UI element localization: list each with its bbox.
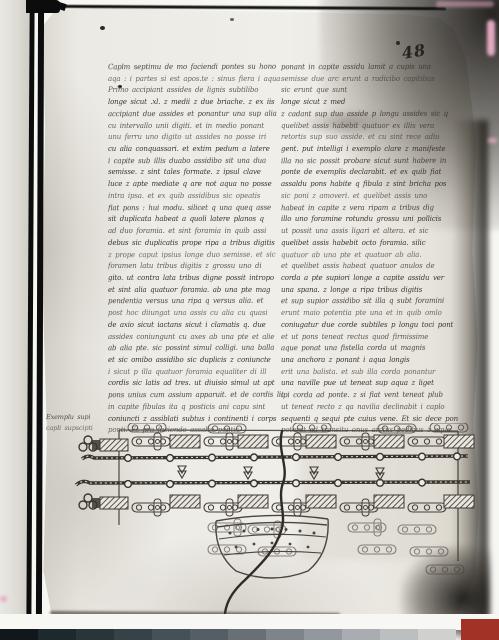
gray-step	[418, 629, 456, 640]
pink-mark	[488, 138, 497, 143]
manuscript-line: gito. ut contra lata tribus digne possit…	[108, 273, 284, 285]
manuscript-line: et ut pons teneat rectus quod firmissime	[281, 332, 471, 344]
manuscript-line: ponant in capite assidu lamit a cupis un…	[281, 62, 471, 74]
manuscript-line: ab alia pte. sic possint simul colligi. …	[108, 343, 284, 355]
gray-step	[228, 629, 266, 640]
manuscript-line: ipi corda ad ponte. z si fiat vent tenea…	[281, 390, 471, 402]
manuscript-line: ad duo foramia. et sint foramia in quib …	[108, 226, 284, 238]
manuscript-line: assides coniungunt cu axes ab una pte et…	[108, 332, 284, 344]
manuscript-line: foramen latu tribus digitis z grossu uno…	[108, 261, 284, 273]
manuscript-line: quelibet assis habebit octo foramia. sil…	[281, 238, 471, 250]
beam-row-1	[79, 433, 474, 451]
gray-step	[266, 629, 304, 640]
gray-step	[342, 629, 380, 640]
manuscript-line: z cadant sup duo asside p longu assides …	[281, 109, 471, 121]
gray-step	[0, 629, 38, 640]
manuscript-line: gent. put intelligi i exemplo clare z ma…	[281, 144, 471, 156]
gray-step	[380, 629, 418, 640]
manuscript-line: in capite fibulas ita q posticis ani cap…	[108, 402, 284, 414]
manuscript-line: una naville pue ut teneat sup aqua z lig…	[281, 378, 471, 390]
manuscript-line: aque ponat una fistella corda ut magnis	[281, 343, 471, 355]
ink-spot	[230, 18, 234, 21]
manuscript-line: quelibet assis habebit quatuor ex illis …	[281, 121, 471, 133]
manuscript-line: erit una balista. et sub illa corda pona…	[281, 367, 471, 379]
manuscript-line: ponte de exemplis declarabit. et ex quib…	[281, 167, 471, 179]
manuscript-line: semisse. z sint tales formate. z ipsul c…	[108, 167, 284, 179]
link-row-lower	[208, 519, 464, 574]
manuscript-line: z prope caput ipsius longe duo semisse. …	[108, 249, 284, 261]
photo-margin-strip	[0, 614, 499, 630]
manuscript-line: sic poni z amoveri. et quelibet assis un…	[281, 191, 471, 203]
folio-number: 48	[401, 42, 427, 62]
text-column-left: Caplm septimu de mo faciendi pontes su h…	[108, 62, 284, 437]
grayscale-calibration-strip	[0, 629, 456, 640]
gray-step	[38, 629, 76, 640]
manuscript-line: pendentia versus una ripa q versus alia.…	[108, 296, 284, 308]
manuscript-line: pons unius cum assium apparuit. et de co…	[108, 390, 284, 402]
manuscript-line: cordis sic latis ad tres. ut diuisio sim…	[108, 378, 284, 390]
gray-step	[190, 629, 228, 640]
manuscript-line: ut teneat recto z qa navilia declinabit …	[281, 402, 471, 414]
manuscript-line: i sicut p illa quatuor foramia equaliter…	[108, 367, 284, 379]
manuscript-line: et quelibet assis habeat quatuor anulos …	[281, 261, 471, 273]
manuscript-line: erunt maio potentia pte una et in quib o…	[281, 308, 471, 320]
manuscript-line: et sint alia quatuor foramia. ab una pte…	[108, 285, 284, 297]
manuscript-line: luce z apte mediate q are not aqua no po…	[108, 179, 284, 191]
binding-bar	[36, 0, 44, 620]
manuscript-line: i capite sub illis duabo assidibo sit un…	[108, 156, 284, 168]
manuscript-line: cu alia conquassari. et extim pedum a la…	[108, 144, 284, 156]
manuscript-line: et sup supior assidibo sit illa q subt f…	[281, 296, 471, 308]
manuscript-line: Caplm septimu de mo faciendi pontes su h…	[108, 62, 284, 74]
manuscript-line: coniugatur due corde subtiles p longu to…	[281, 320, 471, 332]
manuscript-line: illo uno foramine rotundu grossu uni pol…	[281, 214, 471, 226]
pink-mark	[487, 20, 495, 56]
manuscript-line: corda a pte supiori longe a capite assid…	[281, 273, 471, 285]
manuscript-line: assaldu pons habite q fibula z sint bric…	[281, 179, 471, 191]
facing-page-edge	[0, 0, 29, 640]
pink-mark	[0, 596, 7, 602]
pink-mark	[436, 1, 494, 7]
manuscript-line: post hoc diiungat una assis cu alia cu q…	[108, 308, 284, 320]
text-column-right: ponant in capite assidu lamit a cupis un…	[281, 62, 471, 437]
manuscript-line: habeat in capite z vera ripam a tribus d…	[281, 202, 471, 214]
manuscript-line: longe sicut z med	[281, 97, 471, 109]
manuscript-line: semisse due arc erunt a radicibo capitib…	[281, 74, 471, 86]
margin-note-line: Exemplu supi	[46, 412, 110, 423]
manuscript-line: Primo accipiant assides de lignis subtil…	[108, 85, 284, 97]
rope-1	[82, 453, 468, 475]
rope-2	[76, 471, 470, 487]
manuscript-photo: 48 Caplm septimu de mo faciendi pontes s…	[0, 0, 499, 640]
manuscript-line: sic erunt que sunt	[281, 85, 471, 97]
manuscript-line: retortis sup suo asside. et cu sint rece…	[281, 132, 471, 144]
beam-row-2	[79, 494, 474, 516]
manuscript-line: cu intervallo unii digiti. et in medio p…	[108, 121, 284, 133]
manuscript-line: una spana. z longe a ripa tribus digitis	[281, 285, 471, 297]
ink-spot	[396, 41, 400, 45]
manuscript-line: quatuor ab una pte et quatuor ab alia.	[281, 249, 471, 261]
ink-spot	[100, 26, 105, 30]
manuscript-line: debus sic duplicatis prope ripa a tribus…	[108, 238, 284, 250]
manuscript-line: longe sicut .xl. z medii z due briache. …	[108, 97, 284, 109]
gray-step	[114, 629, 152, 640]
red-calibration-patch	[461, 619, 499, 640]
manuscript-line: de axio sicut iactans sicut i clamatis q…	[108, 320, 284, 332]
gray-step	[76, 629, 114, 640]
manuscript-line: intra ipsa. et ex quib assidibus sic ope…	[108, 191, 284, 203]
gray-step	[152, 629, 190, 640]
manuscript-line: accipiant due assides et ponantur una su…	[108, 109, 284, 121]
manuscript-line: sit duplicata habeat a quoli latere plan…	[108, 214, 284, 226]
manuscript-line: ut possit una assis ligari et altera. et…	[281, 226, 471, 238]
manuscript-line: aqa : i partes si est apos.te : sinus fi…	[108, 74, 284, 86]
pontoon-bridge-diagram	[58, 423, 482, 623]
manuscript-line: una anchora z ponant i aqua longis	[281, 355, 471, 367]
manuscript-line: unu ferru uno digito ut assides no posse…	[108, 132, 284, 144]
manuscript-line: fiat pons : hui modu. silicet q una queq…	[108, 202, 284, 214]
manuscript-line: illa no sic possit probare sicut sunt ha…	[281, 156, 471, 168]
gray-step	[304, 629, 342, 640]
manuscript-line: et sic omibo assidibo sic duplicis z con…	[108, 355, 284, 367]
